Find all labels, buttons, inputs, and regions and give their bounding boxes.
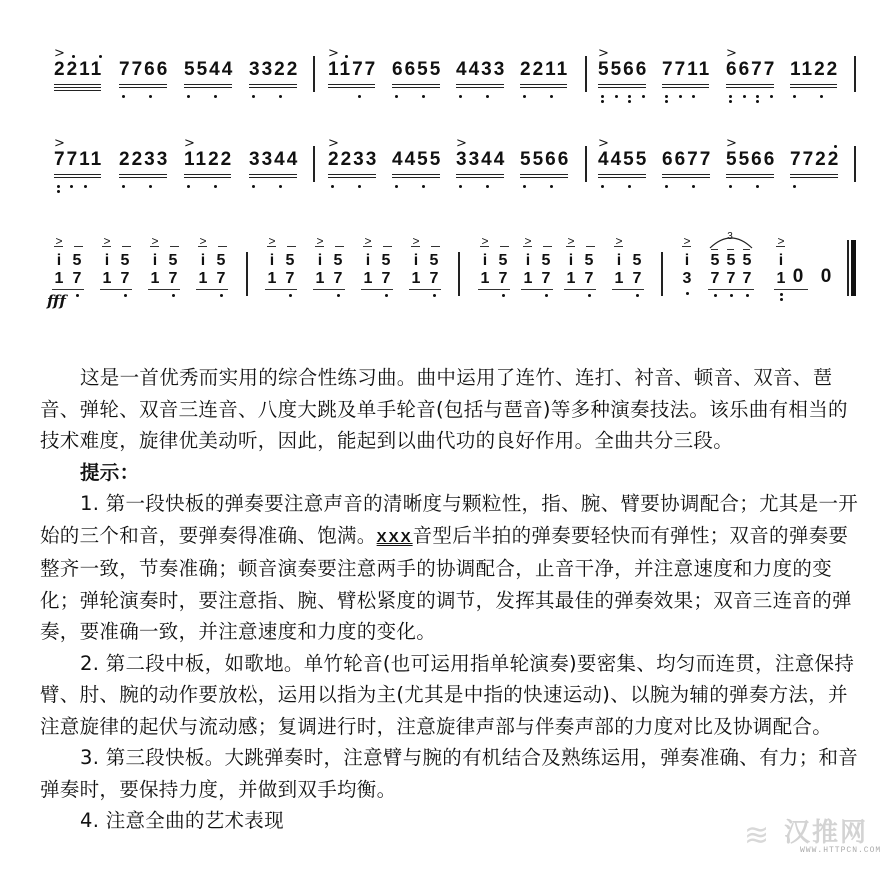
note-group: >7711	[54, 150, 103, 170]
note-group: >2211	[54, 60, 103, 80]
bar-line	[585, 146, 587, 182]
note-group: 5544	[184, 60, 234, 80]
note-group: 7722	[790, 150, 840, 170]
bar-line	[246, 252, 248, 296]
final-bar-thick	[851, 240, 856, 296]
watermark-logo-icon: ≋	[744, 818, 769, 853]
accent-mark: >	[598, 134, 611, 154]
accent-mark: >	[598, 44, 611, 64]
tip-3: 3. 第三段快板。大跳弹奏时，注意臂与腕的有机结合及熟练运用，弹奏准确、有力；和…	[40, 742, 860, 805]
note-group: 1122	[790, 60, 839, 80]
bar-line	[585, 56, 587, 92]
note-group: 2211	[520, 60, 569, 80]
accent-mark: >	[726, 44, 739, 64]
tip-4: 4. 注意全曲的艺术表现	[40, 805, 860, 837]
tip-1: 1. 第一段快板的弹奏要注意声音的清晰度与颗粒性，指、腕、臂要协调配合；尤其是一…	[40, 488, 860, 648]
note-group: 7711	[662, 60, 711, 80]
note-group: >1122	[184, 150, 233, 170]
accent-mark: >	[54, 44, 67, 64]
note-group: >2233	[328, 150, 378, 170]
accent-mark: >	[456, 134, 469, 154]
note-group: 4433	[456, 60, 506, 80]
bar-line	[854, 56, 856, 92]
note-group: 5566	[520, 150, 570, 170]
accent-mark: >	[328, 44, 341, 64]
watermark-text: 汉推网	[784, 812, 868, 849]
description-text: 这是一首优秀而实用的综合性练习曲。曲中运用了连竹、连打、衬音、顿音、双音、琶音、…	[40, 362, 860, 837]
tips-heading: 提示：	[40, 457, 860, 489]
note-group: >5566	[726, 150, 776, 170]
intro-paragraph: 这是一首优秀而实用的综合性练习曲。曲中运用了连竹、连打、衬音、顿音、双音、琶音、…	[40, 362, 860, 457]
bar-line	[661, 252, 663, 296]
final-bar-thin	[847, 240, 849, 296]
bar-line	[313, 146, 315, 182]
note-group: 3322	[249, 60, 299, 80]
note-group: 7766	[119, 60, 169, 80]
bar-line	[854, 146, 856, 182]
note-group: >4455	[598, 150, 648, 170]
accent-mark: >	[54, 134, 67, 154]
tip-2: 2. 第二段中板，如歌地。单竹轮音(也可运用指单轮演奏)要密集、均匀而连贯，注意…	[40, 648, 860, 743]
note-group: 3344	[249, 150, 299, 170]
numbered-music-score: >2211 7766 5544 3322 >1177 6655 4433 221…	[0, 0, 882, 340]
watermark: ≋ 汉推网 WWW.HTTPCN.COM	[744, 812, 874, 862]
note-group: >6677	[726, 60, 776, 80]
dynamic-marking: fff	[47, 292, 66, 310]
note-group: 4455	[392, 150, 442, 170]
accent-mark: >	[726, 134, 739, 154]
watermark-url: WWW.HTTPCN.COM	[800, 846, 881, 855]
note-group: 2233	[119, 150, 169, 170]
note-group: >1177	[328, 60, 377, 80]
note-group: 6655	[392, 60, 442, 80]
rhythm-pattern: XXX	[377, 529, 413, 546]
accent-mark: >	[328, 134, 341, 154]
note-group: 6677	[662, 150, 712, 170]
note-group: >5566	[598, 60, 648, 80]
bar-line	[458, 252, 460, 296]
note-group: >3344	[456, 150, 506, 170]
accent-mark: >	[184, 134, 197, 154]
bar-line	[313, 56, 315, 92]
